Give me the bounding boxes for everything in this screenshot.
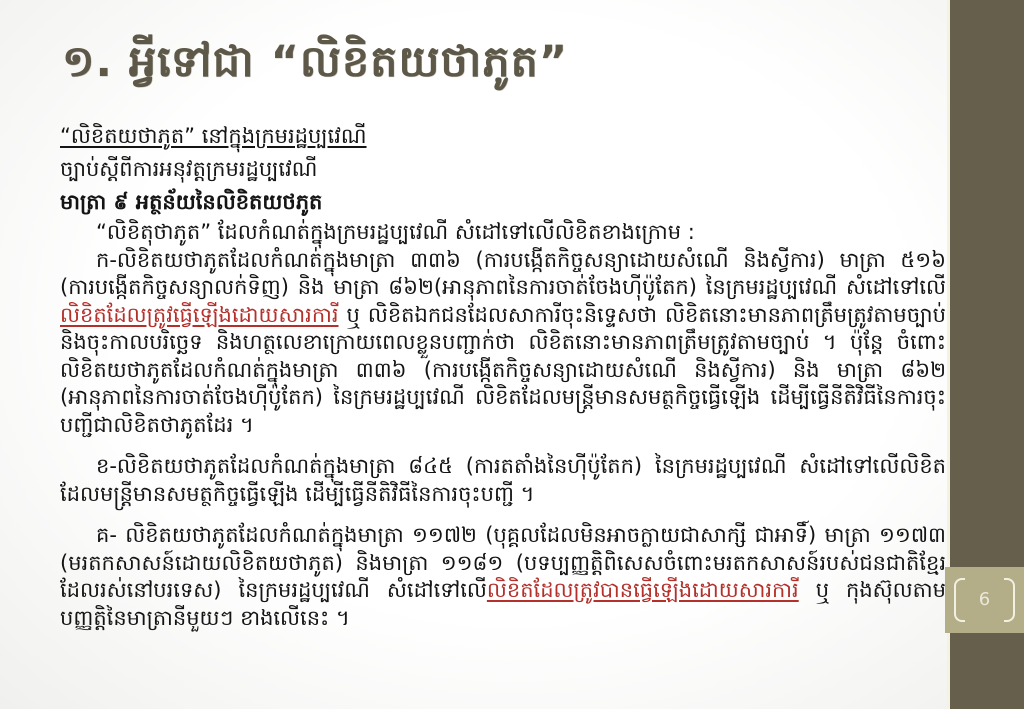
subtitle-line-law: ច្បាប់ស្ដីពីការអនុវត្តក្រមរដ្ឋប្បវេណី: [60, 153, 946, 186]
left-bracket-icon: [954, 578, 965, 622]
subtitle-line-underlined: “លិខិតយថាភូត” នៅក្នុងក្រមរដ្ឋប្បវេណី: [60, 120, 946, 153]
subtitle-line-article: មាត្រា ៩ អត្ថន័យនៃលិខិតយថភូត: [60, 186, 946, 219]
page-number-box: 6: [945, 567, 1024, 633]
right-bracket-icon: [1004, 578, 1015, 622]
text-run: ខ-លិខិតយថាភូតដែលកំណត់ក្នុងមាត្រា ៨៤៥ (កា…: [60, 454, 946, 506]
slide-title: ១. អ្វីទៅជា “លិខិតយថាភូត”: [62, 34, 922, 97]
paragraph-ko: គ- លិខិតយថាភូតដែលកំណត់ក្នុងមាត្រា ១១៧២ (…: [60, 522, 946, 632]
text-run: “លិខិតុថាភូត” ដែលកំណត់ក្នុងក្រមរដ្ឋប្បវេ…: [96, 220, 695, 244]
paragraph-kho: ខ-លិខិតយថាភូតដែលកំណត់ក្នុងមាត្រា ៨៤៥ (កា…: [60, 453, 946, 508]
text-run-red-underlined: លិខិតដែលត្រូវធ្វើឡើងដោយសារការី: [60, 303, 339, 327]
text-run: ក-លិខិតយថាភូតដែលកំណត់ក្នុងមាត្រា ៣៣៦ (កា…: [60, 248, 946, 300]
paragraph-ka: ក-លិខិតយថាភូតដែលកំណត់ក្នុងមាត្រា ៣៣៦ (កា…: [60, 247, 946, 440]
text-run-red-underlined: លិខិតដែលត្រូវបានធ្វើឡើងដោយសារការី: [487, 578, 799, 602]
paragraph-intro: “លិខិតុថាភូត” ដែលកំណត់ក្នុងក្រមរដ្ឋប្បវេ…: [60, 219, 946, 247]
slide: 6 ១. អ្វីទៅជា “លិខិតយថាភូត” “លិខិតយថាភូត…: [0, 0, 1024, 709]
page-number: 6: [979, 591, 990, 609]
subtitle-underlined-text: “លិខិតយថាភូត” នៅក្នុងក្រមរដ្ឋប្បវេណី: [60, 124, 367, 148]
slide-body: “លិខិតយថាភូត” នៅក្នុងក្រមរដ្ឋប្បវេណី ច្ប…: [60, 120, 946, 632]
